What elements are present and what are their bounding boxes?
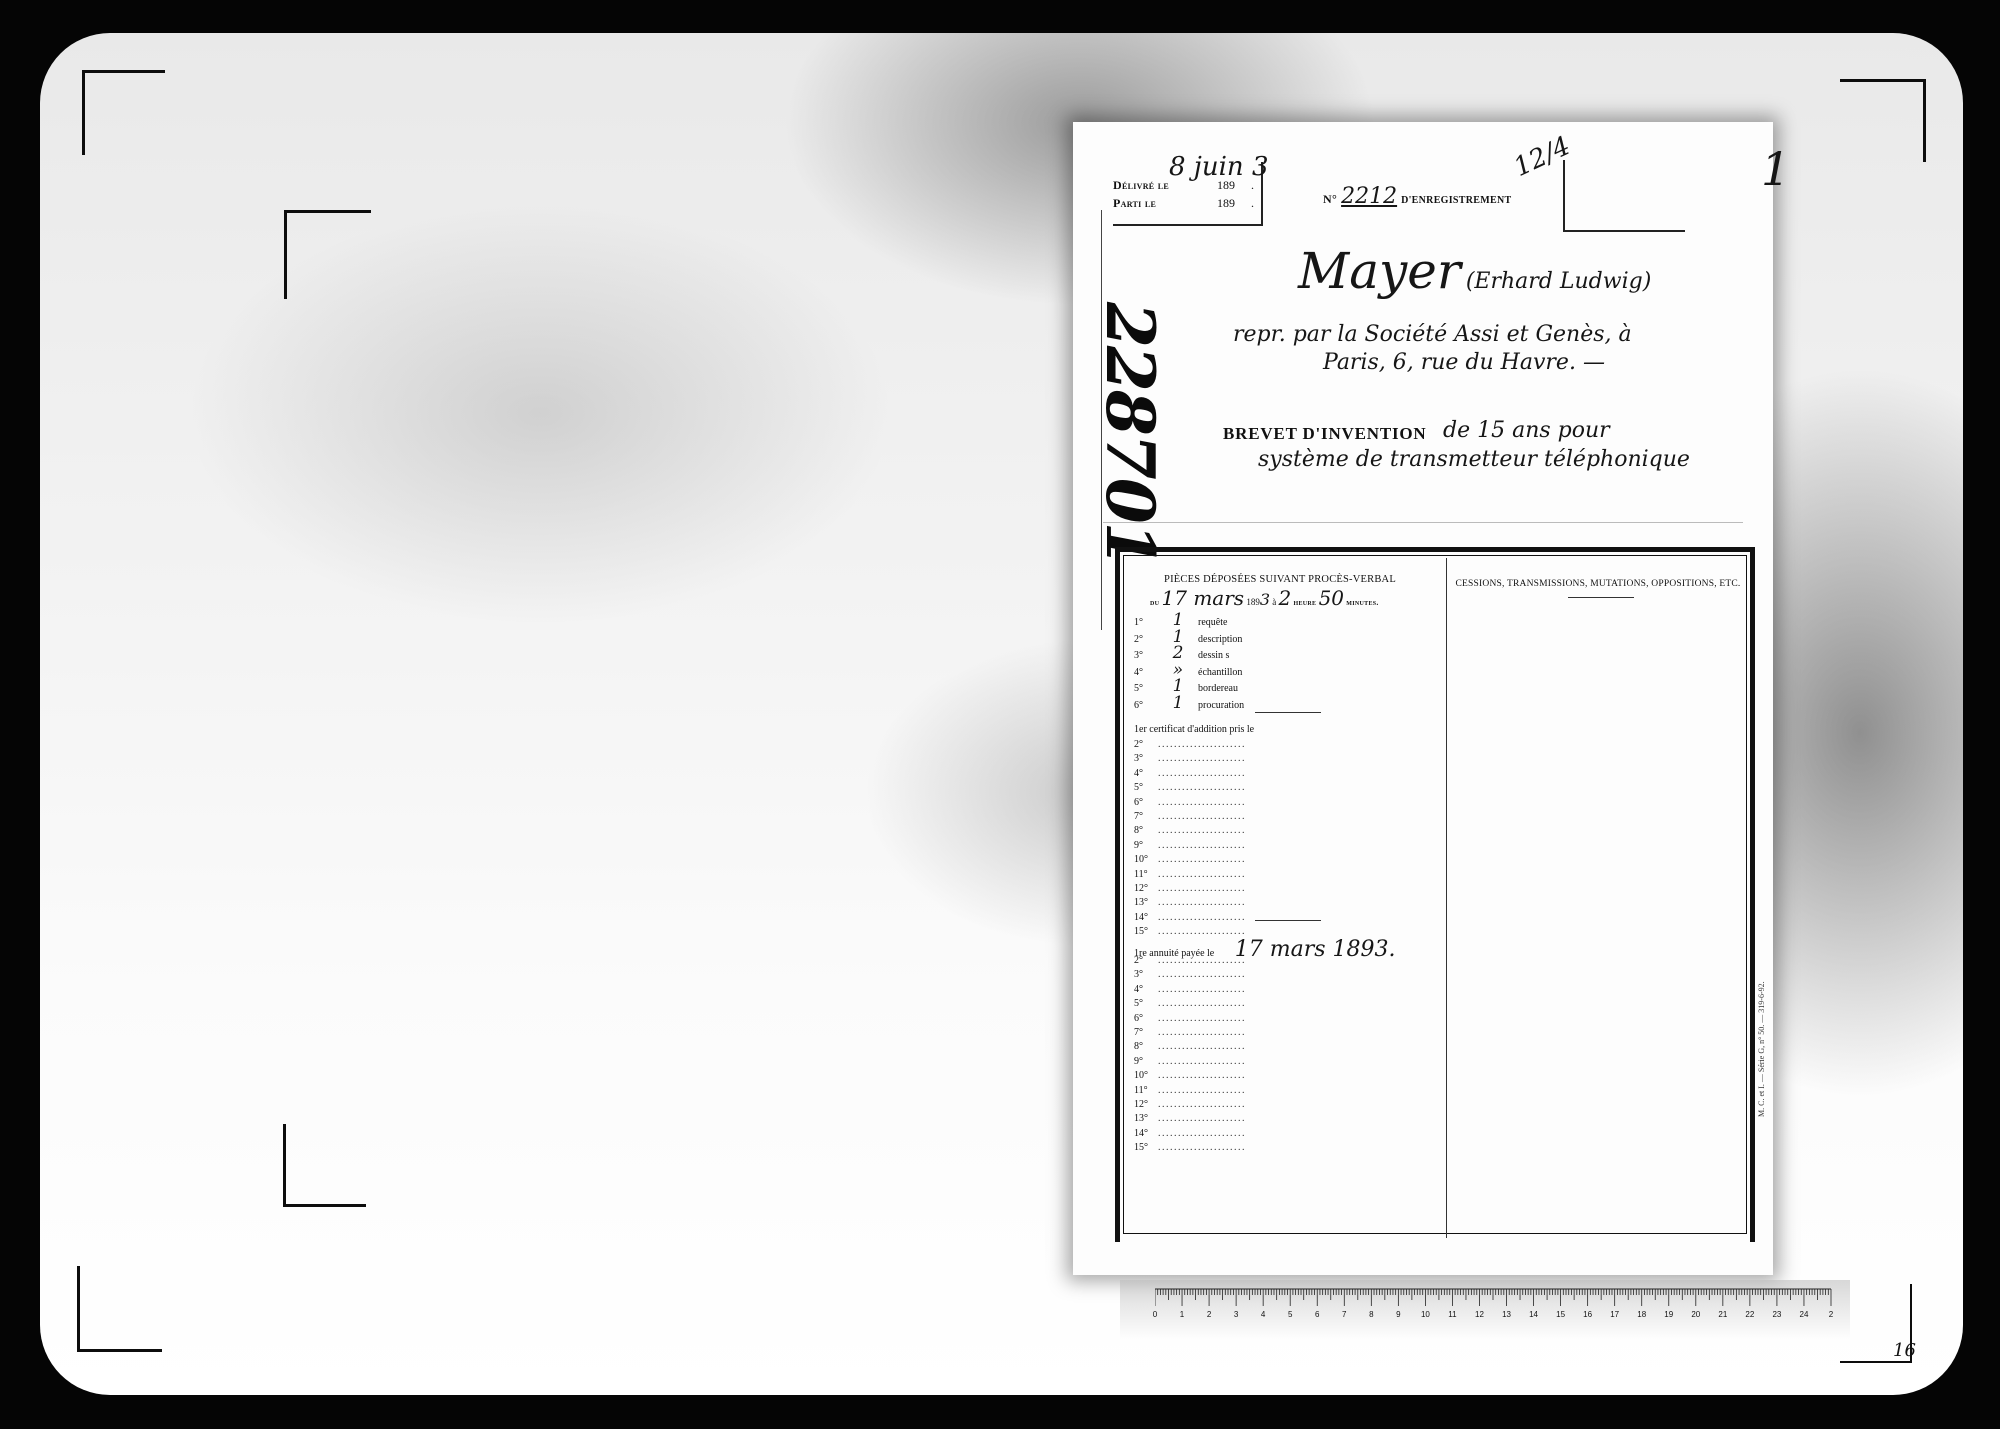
column-divider: [1446, 558, 1447, 1238]
delivre-handwritten: 8 juin 3: [1169, 152, 1268, 182]
ruler-label: 13: [1502, 1310, 1511, 1319]
ruler-label: 11: [1448, 1310, 1456, 1319]
certificat-row: 4°......................: [1134, 768, 1246, 779]
ruler-label: 19: [1664, 1310, 1673, 1319]
ruler-label: 0: [1153, 1310, 1157, 1319]
crop-mark-top-left-inner: [284, 210, 371, 299]
patent-number-vertical: 228701: [1095, 302, 1165, 532]
title-handwritten-1: de 15 ans pour: [1443, 418, 1610, 443]
document-sheet: Délivré le 189 . Parti le 189 . 8 juin 3…: [1073, 122, 1773, 1275]
printer-note: M. C. et I. — Série G, n° 50. — 319-6-92…: [1757, 981, 1766, 1117]
registration-number: 2212: [1341, 184, 1397, 209]
ruler-label: 2: [1829, 1310, 1833, 1319]
ruler-label: 12: [1475, 1310, 1484, 1319]
certificat-row: 14°......................: [1134, 912, 1246, 923]
ruler-label: 5: [1288, 1310, 1292, 1319]
annuite-row: 11°......................: [1134, 1085, 1246, 1096]
certificat-row: 2°......................: [1134, 739, 1246, 750]
parti-year: 189: [1217, 196, 1235, 211]
ruler-label: 9: [1396, 1310, 1400, 1319]
crop-mark-top-left-outer: [82, 70, 165, 155]
measurement-ruler: 0123456789101112131415161718192021222324…: [1155, 1288, 1831, 1328]
certificat-row: 6°......................: [1134, 797, 1246, 808]
parti-label: Parti le: [1113, 196, 1156, 210]
annuite-row: 9°......................: [1134, 1056, 1246, 1067]
ruler-label: 17: [1610, 1310, 1619, 1319]
certificat-row: 12°......................: [1134, 883, 1246, 894]
ruler-label: 7: [1342, 1310, 1346, 1319]
certificat-row: 7°......................: [1134, 811, 1246, 822]
register-form: Pièces déposées suivant procès-verbal du…: [1115, 547, 1755, 1242]
rule-after-pieces: [1255, 712, 1321, 713]
annuite-row: 2°......................: [1134, 955, 1246, 966]
delivre-row: Délivré le 189 .: [1113, 178, 1169, 193]
pieces-hour: 2: [1279, 586, 1292, 610]
annuite-row: 6°......................: [1134, 1013, 1246, 1024]
ruler-label: 22: [1745, 1310, 1754, 1319]
certificat-row: 3°......................: [1134, 753, 1246, 764]
ruler-label: 2: [1207, 1310, 1211, 1319]
ruler-label: 14: [1529, 1310, 1538, 1319]
applicant-name: Mayer (Erhard Ludwig): [1298, 242, 1651, 300]
page-number: 16: [1893, 1340, 1916, 1361]
annuite-row: 4°......................: [1134, 984, 1246, 995]
crop-mark-bottom-left-outer: [77, 1266, 162, 1352]
ruler-label: 23: [1772, 1310, 1781, 1319]
ruler-label: 4: [1261, 1310, 1265, 1319]
annuite-row: 13°......................: [1134, 1113, 1246, 1124]
certificat-row: 5°......................: [1134, 782, 1246, 793]
annuite-row: 8°......................: [1134, 1041, 1246, 1052]
ruler-label: 6: [1315, 1310, 1319, 1319]
annuite-row: 10°......................: [1134, 1070, 1246, 1081]
applicant-address: Paris, 6, rue du Havre. —: [1323, 350, 1605, 375]
annuite-row: 14°......................: [1134, 1128, 1246, 1139]
pieces-date: 17 mars: [1162, 586, 1245, 610]
parti-row: Parti le 189 .: [1113, 196, 1156, 211]
title-label: BREVET D'INVENTION: [1223, 424, 1427, 444]
applicant-surname: Mayer: [1298, 242, 1461, 300]
cessions-heading: Cessions, transmissions, mutations, oppo…: [1453, 579, 1743, 589]
crop-mark-top-right: [1840, 79, 1926, 162]
pieces-minutes: 50: [1319, 586, 1344, 610]
pieces-heading: Pièces déposées suivant procès-verbal: [1130, 574, 1430, 585]
piece-row: 6°1procuration: [1134, 693, 1244, 713]
annuite-row: 3°......................: [1134, 969, 1246, 980]
ruler-label: 18: [1637, 1310, 1646, 1319]
annuite-row: 12°......................: [1134, 1099, 1246, 1110]
ruler-label: 1: [1180, 1310, 1184, 1319]
ruler-label: 3: [1234, 1310, 1238, 1319]
ruler-label: 21: [1718, 1310, 1727, 1319]
pieces-date-line: du 17 mars 1893 à 2 heure 50 minutes.: [1150, 586, 1379, 610]
title-handwritten-2: système de transmetteur téléphonique: [1258, 447, 1690, 472]
annuite-first-date: 17 mars 1893.: [1235, 937, 1396, 962]
delivre-label: Délivré le: [1113, 178, 1169, 192]
certificat-first-row: 1er certificat d'addition pris le: [1134, 724, 1254, 735]
annuite-row: 5°......................: [1134, 998, 1246, 1009]
ruler-label: 15: [1556, 1310, 1565, 1319]
certificat-row: 13°......................: [1134, 897, 1246, 908]
ruler-label: 16: [1583, 1310, 1592, 1319]
applicant-given-names: (Erhard Ludwig): [1466, 269, 1651, 294]
certificat-row: 11°......................: [1134, 869, 1246, 880]
crop-mark-bottom-left-inner: [283, 1124, 366, 1207]
registration-box: [1563, 160, 1685, 232]
corner-number: 1: [1761, 142, 1790, 196]
registration-prefix: N°: [1323, 192, 1337, 206]
ruler-label: 20: [1691, 1310, 1700, 1319]
applicant-representative: repr. par la Société Assi et Genès, à: [1233, 322, 1632, 347]
annuite-row: 7°......................: [1134, 1027, 1246, 1038]
date-box: Délivré le 189 . Parti le 189 . 8 juin 3: [1113, 162, 1263, 226]
separator-line: [1103, 522, 1743, 523]
patent-number-prefix: N°: [1111, 506, 1121, 516]
certificat-row: 8°......................: [1134, 825, 1246, 836]
rule-after-certificats: [1255, 920, 1321, 921]
ruler-label: 24: [1800, 1310, 1809, 1319]
certificat-row: 15°......................: [1134, 926, 1246, 937]
rule-under-cessions: [1568, 597, 1634, 598]
registration-suffix: D'ENREGISTREMENT: [1401, 195, 1511, 206]
certificat-row: 10°......................: [1134, 854, 1246, 865]
ruler-label: 10: [1421, 1310, 1430, 1319]
registration-line: N° 2212 D'ENREGISTREMENT: [1323, 184, 1511, 209]
certificat-row: 9°......................: [1134, 840, 1246, 851]
ruler-label: 8: [1369, 1310, 1373, 1319]
annuite-row: 15°......................: [1134, 1142, 1246, 1153]
